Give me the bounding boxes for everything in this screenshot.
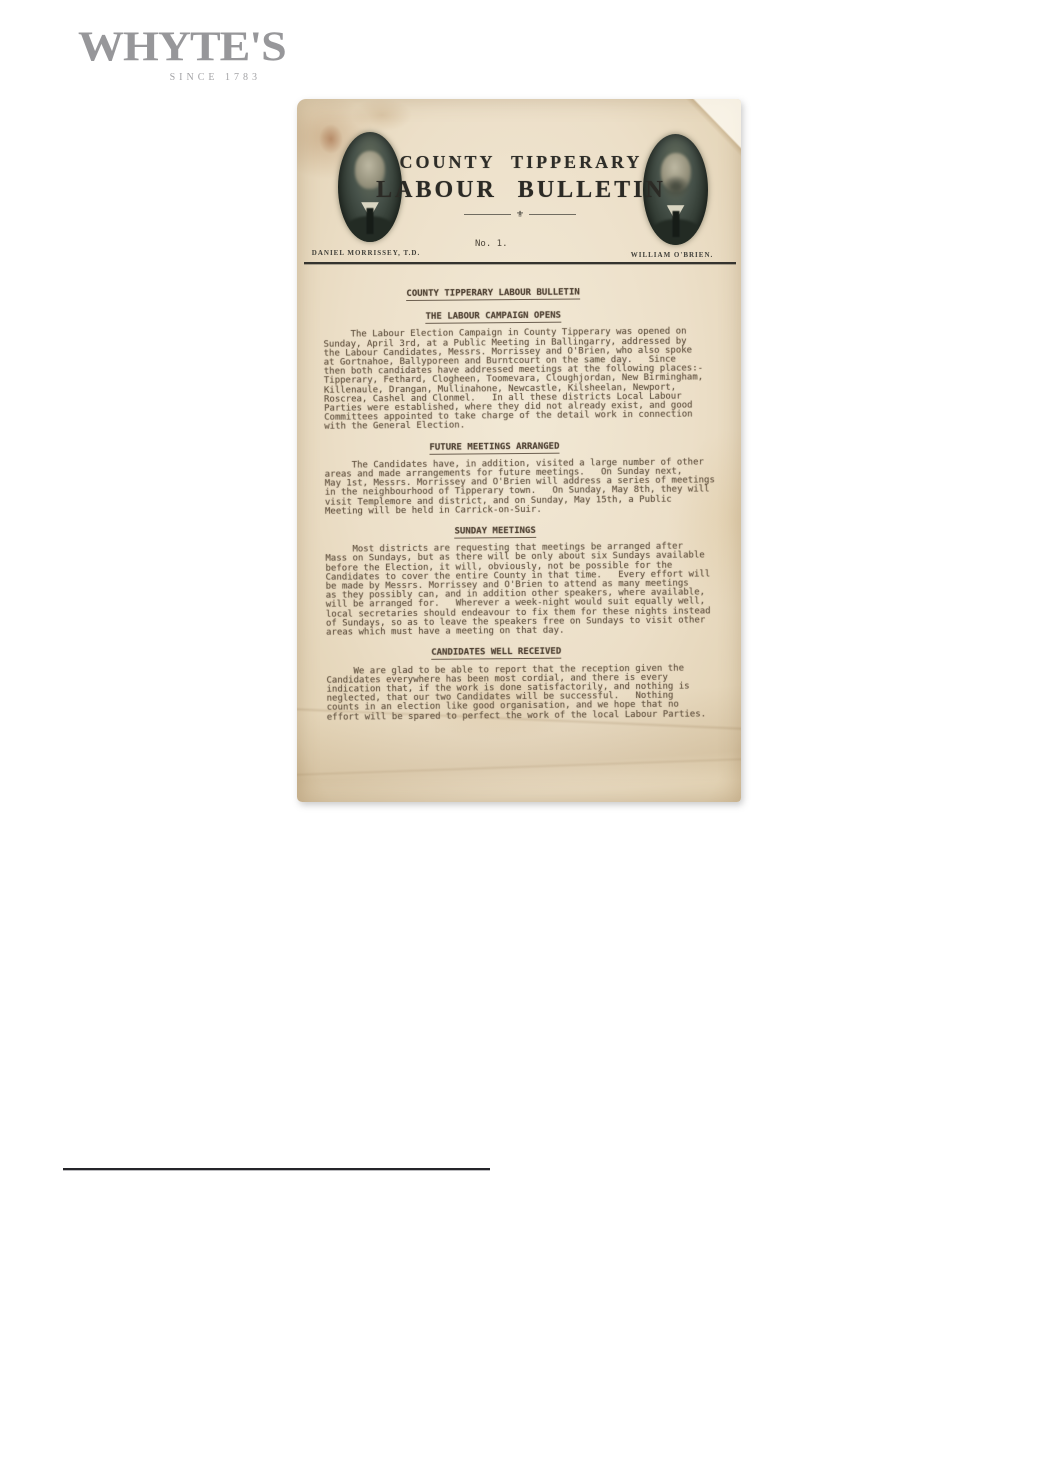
masthead-title-line1: COUNTY TIPPERARY: [297, 152, 745, 173]
section-paragraph: Most districts are requesting that meeti…: [325, 543, 724, 639]
whytes-logo: WHYTE'S SINCE 1783: [78, 22, 262, 83]
section-paragraph: We are glad to be able to report that th…: [326, 664, 724, 723]
rule-segment: [529, 214, 576, 215]
paper-crease: [297, 747, 741, 787]
ornament-rule: ⚜: [464, 207, 576, 221]
section-future-meetings: FUTURE MEETINGS ARRANGED The Candidates …: [324, 441, 723, 517]
portrait-tie: [367, 208, 374, 234]
bulletin-scan: DANIEL MORRISSEY, T.D. WILLIAM O'BRIEN. …: [297, 99, 741, 802]
masthead-divider: [304, 262, 736, 264]
masthead-title-line2: LABOUR BULLETIN: [297, 177, 745, 204]
section-candidates-well-received: CANDIDATES WELL RECEIVED We are glad to …: [326, 647, 725, 723]
fleuron-ornament-icon: ⚜: [516, 210, 524, 219]
section-paragraph: The Labour Election Campaign in County T…: [323, 328, 722, 433]
section-heading: SUNDAY MEETINGS: [325, 526, 665, 538]
portrait-tie: [672, 211, 679, 237]
section-paragraph: The Candidates have, in addition, visite…: [325, 458, 723, 517]
rule-segment: [464, 214, 511, 215]
section-heading: FUTURE MEETINGS ARRANGED: [324, 441, 664, 453]
whytes-wordmark: WHYTE'S: [78, 22, 262, 71]
page: WHYTE'S SINCE 1783 DANIEL MORRISSEY, T.D…: [0, 0, 1040, 1471]
section-labour-campaign-opens: THE LABOUR CAMPAIGN OPENS The Labour Ele…: [323, 310, 722, 432]
issue-number: No. 1.: [475, 239, 508, 249]
left-portrait-caption: DANIEL MORRISSEY, T.D.: [301, 249, 431, 257]
section-heading: CANDIDATES WELL RECEIVED: [326, 647, 666, 659]
footnote-rule: [63, 1168, 490, 1170]
typed-masthead-heading: COUNTY TIPPERARY LABOUR BULLETIN: [323, 288, 663, 300]
section-sunday-meetings: SUNDAY MEETINGS Most districts are reque…: [325, 525, 724, 638]
typed-body: COUNTY TIPPERARY LABOUR BULLETIN THE LAB…: [323, 287, 725, 734]
whytes-tagline: SINCE 1783: [78, 72, 262, 83]
right-portrait-caption: WILLIAM O'BRIEN.: [607, 251, 737, 259]
section-heading: THE LABOUR CAMPAIGN OPENS: [323, 311, 663, 323]
